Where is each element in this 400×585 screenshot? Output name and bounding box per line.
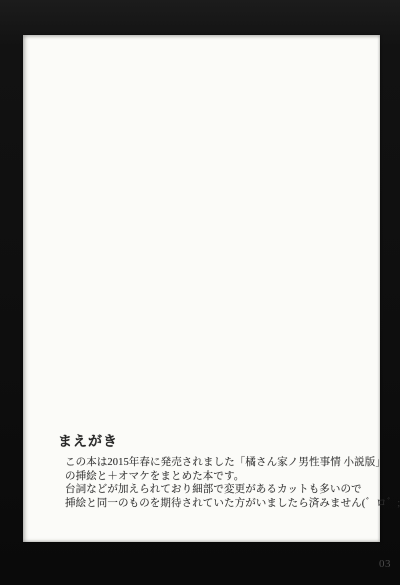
foreword-paragraph: この本は2015年春に発売されました「橘さん家ノ男性事情 小説版」 の挿絵と＋オ… — [65, 456, 375, 510]
foreword-heading: まえがき — [58, 431, 118, 451]
book-page: まえがき この本は2015年春に発売されました「橘さん家ノ男性事情 小説版」 の… — [23, 35, 380, 542]
foreword-line: 挿絵と同一のものを期待されていた方がいましたら済みません(゛ロ゛;) — [65, 497, 375, 511]
page-number: 03 — [379, 558, 391, 570]
foreword-line: 台詞などが加えられており細部で変更があるカットも多いので — [65, 483, 375, 497]
foreword-line: の挿絵と＋オマケをまとめた本です。 — [65, 470, 375, 484]
foreword-line: この本は2015年春に発売されました「橘さん家ノ男性事情 小説版」 — [65, 456, 375, 470]
scan-background: まえがき この本は2015年春に発売されました「橘さん家ノ男性事情 小説版」 の… — [0, 0, 400, 585]
